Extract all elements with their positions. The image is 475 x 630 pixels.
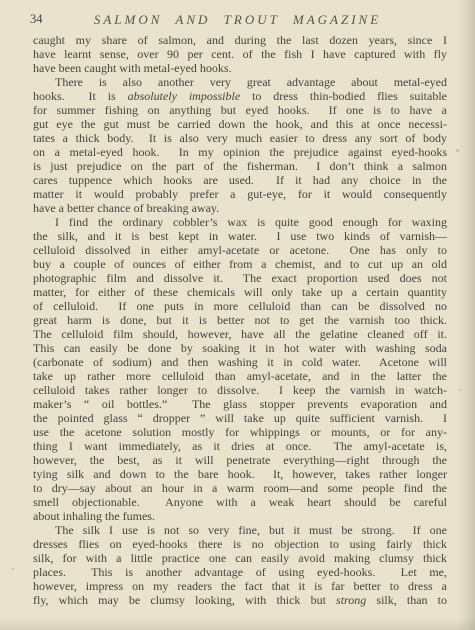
emphasized-text: absolutely impossible <box>128 89 241 103</box>
text-line: photographic film and dissolve it. The e… <box>33 271 447 285</box>
text-line: smell objectionable. Anyone with a weak … <box>33 495 447 509</box>
body-text: The silk I use is not so very fine, but … <box>55 523 447 537</box>
page-number: 34 <box>30 12 43 27</box>
scanned-page: 34 SALMON AND TROUT MAGAZINE caught my s… <box>0 0 475 630</box>
text-line: on a metal-eyed hook. In my opinion the … <box>33 145 447 159</box>
body-text: The celluloid film should, however, have… <box>33 327 447 341</box>
body-text: great harm is done, but it is better not… <box>33 313 447 327</box>
body-text: places. This is another advantage of usi… <box>33 565 447 579</box>
text-line: hooks. It is absolutely impossible to dr… <box>33 89 447 103</box>
emphasized-text: strong <box>336 593 366 607</box>
body-text: take up rather more celluloid than amyl-… <box>33 369 447 383</box>
text-line: dresses flies on eyed-hooks there is no … <box>33 537 447 551</box>
text-line: The celluloid film should, however, have… <box>33 327 447 341</box>
text-line: take up rather more celluloid than amyl-… <box>33 369 447 383</box>
body-text: is just prejudice on the part of the fis… <box>33 159 447 173</box>
body-text: tates a thick body. It is also very much… <box>33 131 447 145</box>
body-text: to dry—say about an hour in a warm room—… <box>33 481 447 495</box>
body-text: This can easily be done by soaking it in… <box>33 341 447 355</box>
text-line: of celluloid. If one puts in more cellul… <box>33 299 447 313</box>
text-line: have a better chance of breaking away. <box>33 201 447 215</box>
body-text: however, impress on my readers the fact … <box>33 579 447 593</box>
body-text: cares tuppence which hooks are used. If … <box>33 173 447 187</box>
page-edge-shadow-bottom <box>0 618 475 630</box>
body-text: matter, for either of these chemicals wi… <box>33 285 447 299</box>
body-text: hooks. It is <box>33 89 128 103</box>
body-text: have a better chance of breaking away. <box>33 201 219 215</box>
body-text: (carbonate of sodium) and then washing i… <box>33 355 447 369</box>
body-text: dresses flies on eyed-hooks there is no … <box>33 537 447 551</box>
body-text: the pointed glass “ dropper ” will take … <box>33 411 447 425</box>
text-line: gut eye the gut must be carried down the… <box>33 117 447 131</box>
page-text: caught my share of salmon, and during th… <box>33 33 447 607</box>
body-text: have been caught with metal-eyed hooks. <box>33 61 232 75</box>
text-line: great harm is done, but it is better not… <box>33 313 447 327</box>
page-header: 34 SALMON AND TROUT MAGAZINE <box>0 12 475 28</box>
body-text: buy a couple of ounces of either from a … <box>33 257 447 271</box>
body-text: caught my share of salmon, and during th… <box>33 33 447 47</box>
body-text: There is also another very great advanta… <box>55 75 447 89</box>
text-line: buy a couple of ounces of either from a … <box>33 257 447 271</box>
text-line: silk, for with a little practice one can… <box>33 551 447 565</box>
body-text: the silk, and it is best kept in water. … <box>33 229 447 243</box>
body-text: matter it would probably prefer a gut-ey… <box>33 187 447 201</box>
text-line: use the acetone solution mostly for whip… <box>33 425 447 439</box>
text-line: is just prejudice on the part of the fis… <box>33 159 447 173</box>
body-text: photographic film and dissolve it. The e… <box>33 271 447 285</box>
text-line: celluloid takes rather longer to dissolv… <box>33 383 447 397</box>
body-text: fly, which may be clumsy looking, with t… <box>33 593 336 607</box>
body-text: use the acetone solution mostly for whip… <box>33 425 447 439</box>
body-text: for summer fishing on anything but eyed … <box>33 103 447 117</box>
text-line: however, impress on my readers the fact … <box>33 579 447 593</box>
text-line: to dry—say about an hour in a warm room—… <box>33 481 447 495</box>
text-line: There is also another very great advanta… <box>33 75 447 89</box>
body-text: however, the best, as it will penetrate … <box>33 453 447 467</box>
text-line: I find the ordinary cobbler’s wax is qui… <box>33 215 447 229</box>
body-text: have learnt sense, over 90 per cent. of … <box>33 47 447 61</box>
text-line: matter, for either of these chemicals wi… <box>33 285 447 299</box>
text-line: This can easily be done by soaking it in… <box>33 341 447 355</box>
body-text: gut eye the gut must be carried down the… <box>33 117 447 131</box>
text-line: have been caught with metal-eyed hooks. <box>33 61 447 75</box>
text-line: the silk, and it is best kept in water. … <box>33 229 447 243</box>
text-line: (carbonate of sodium) and then washing i… <box>33 355 447 369</box>
text-line: for summer fishing on anything but eyed … <box>33 103 447 117</box>
text-line: maker’s “ oil bottles.” The glass stoppe… <box>33 397 447 411</box>
text-line: matter it would probably prefer a gut-ey… <box>33 187 447 201</box>
body-text: smell objectionable. Anyone with a weak … <box>33 495 447 509</box>
body-text: of celluloid. If one puts in more cellul… <box>33 299 447 313</box>
body-text: maker’s “ oil bottles.” The glass stoppe… <box>33 397 447 411</box>
body-text: tying silk and down to the bare hook. It… <box>33 467 447 481</box>
text-line: celluloid dissolved in either amyl-aceta… <box>33 243 447 257</box>
text-line: tying silk and down to the bare hook. It… <box>33 467 447 481</box>
body-text: celluloid dissolved in either amyl-aceta… <box>33 243 447 257</box>
body-text: silk, than to <box>366 593 447 607</box>
text-line: have learnt sense, over 90 per cent. of … <box>33 47 447 61</box>
text-line: caught my share of salmon, and during th… <box>33 33 447 47</box>
text-line: cares tuppence which hooks are used. If … <box>33 173 447 187</box>
scan-speck <box>459 389 461 391</box>
text-line: places. This is another advantage of usi… <box>33 565 447 579</box>
body-text: on a metal-eyed hook. In my opinion the … <box>33 145 447 159</box>
text-line: about inhaling the fumes. <box>33 509 447 523</box>
body-text: thing I want immediately, as it dries at… <box>33 439 447 453</box>
page-edge-shadow-right <box>457 0 475 630</box>
journal-title: SALMON AND TROUT MAGAZINE <box>94 12 381 27</box>
text-line: thing I want immediately, as it dries at… <box>33 439 447 453</box>
scan-speck <box>456 149 459 152</box>
scan-speck <box>12 568 14 570</box>
text-line: the pointed glass “ dropper ” will take … <box>33 411 447 425</box>
text-line: tates a thick body. It is also very much… <box>33 131 447 145</box>
body-text: I find the ordinary cobbler’s wax is qui… <box>55 215 447 229</box>
text-line: however, the best, as it will penetrate … <box>33 453 447 467</box>
body-text: to dress thin-bodied flies suitable <box>240 89 447 103</box>
body-text: celluloid takes rather longer to dissolv… <box>33 383 447 397</box>
body-text: about inhaling the fumes. <box>33 509 155 523</box>
text-line: The silk I use is not so very fine, but … <box>33 523 447 537</box>
text-line: fly, which may be clumsy looking, with t… <box>33 593 447 607</box>
body-text: silk, for with a little practice one can… <box>33 551 447 565</box>
